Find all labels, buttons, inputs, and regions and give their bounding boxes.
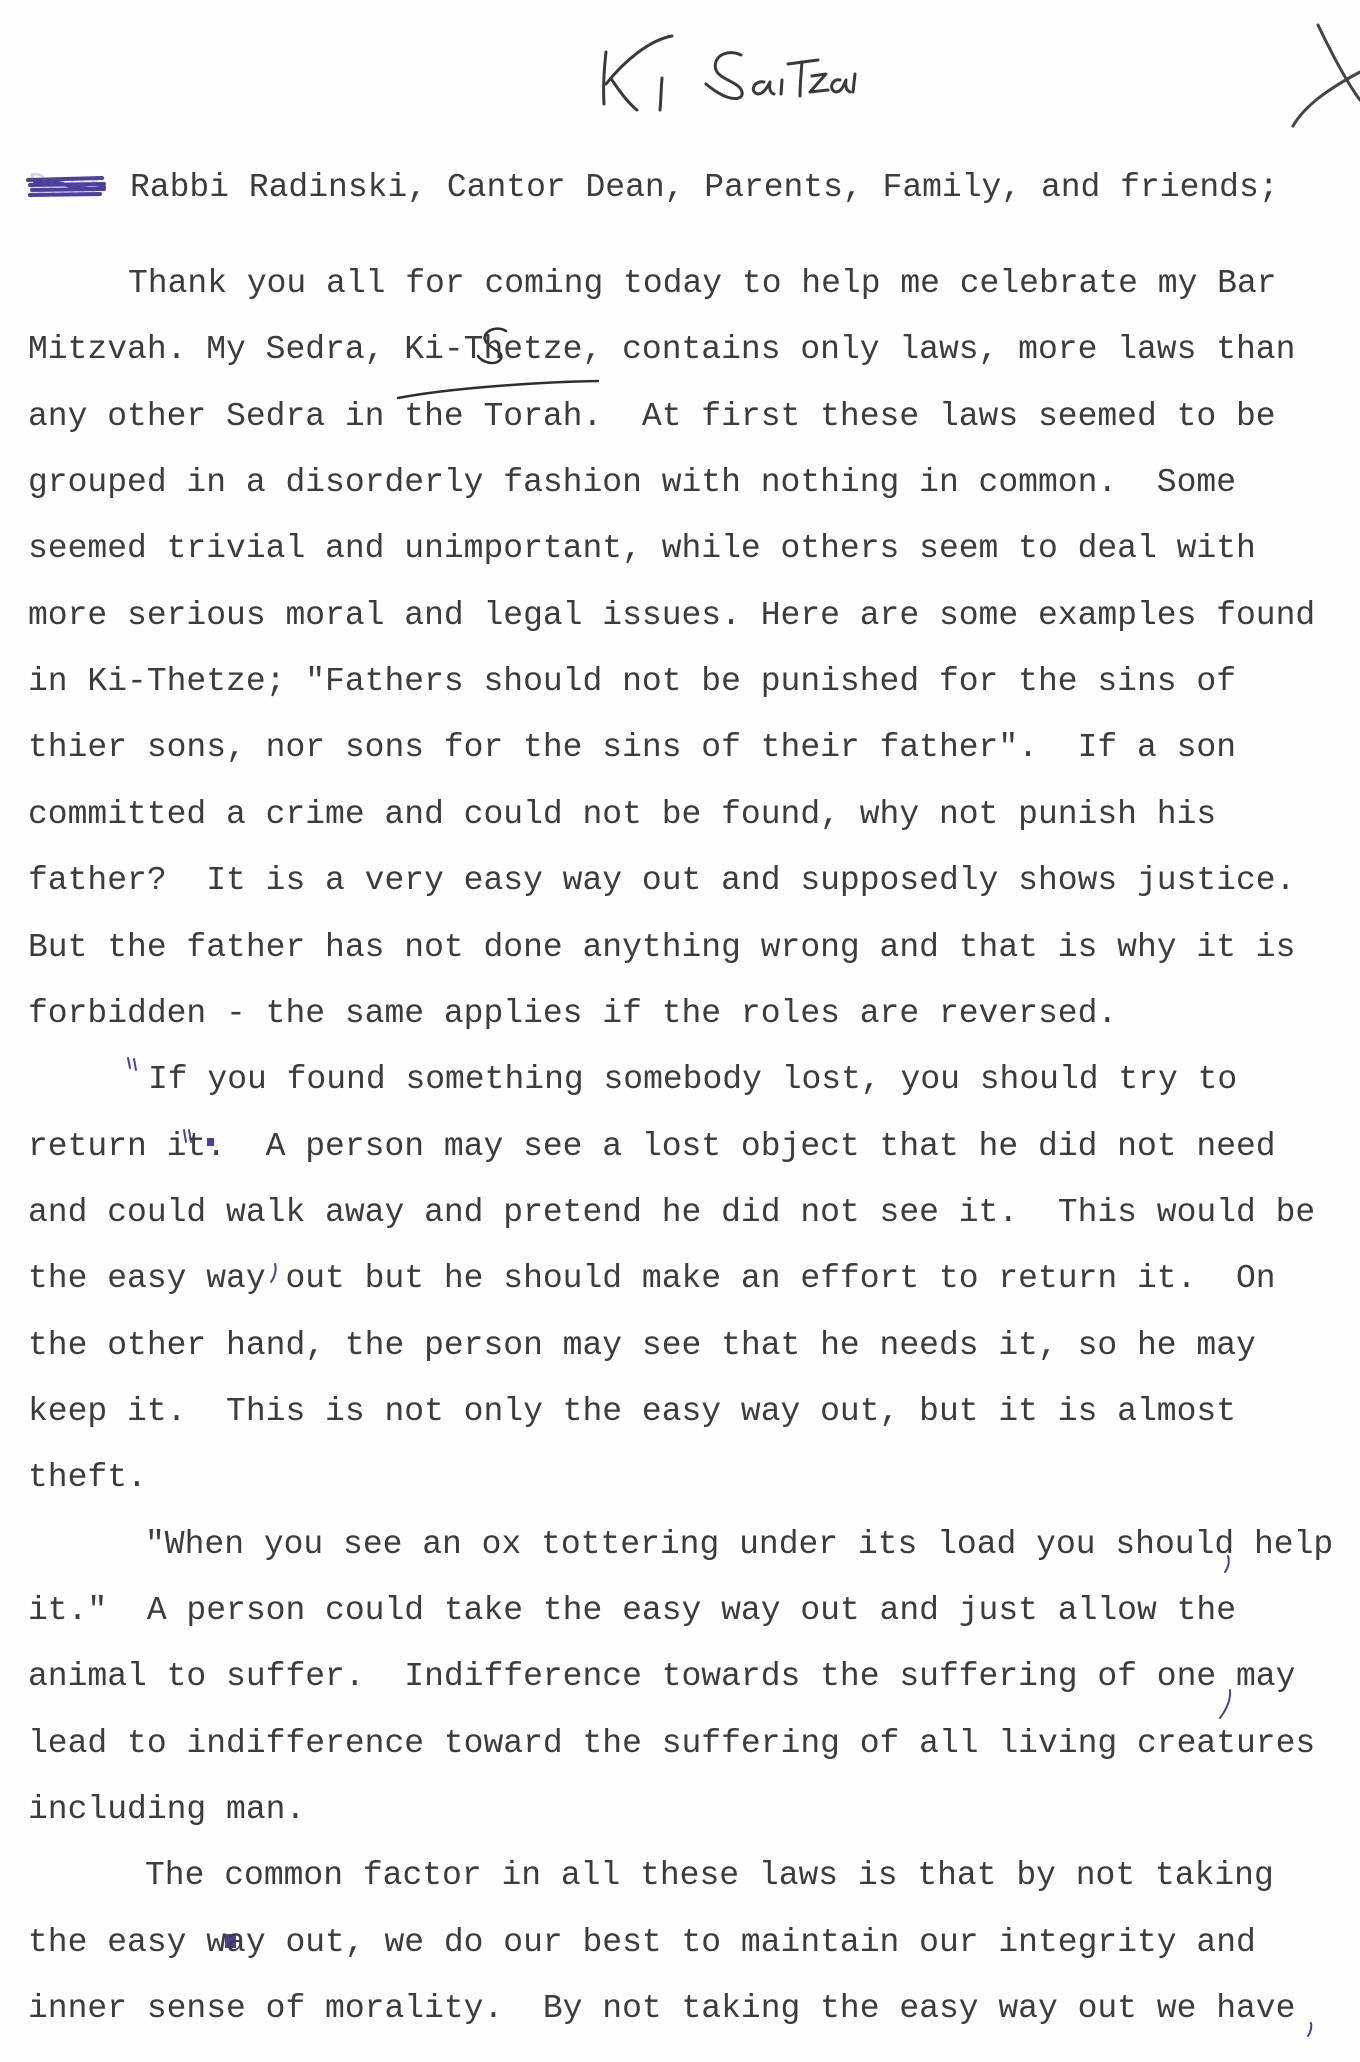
- text-line: Mitzvah. My Sedra, Ki-Thetze, contains o…: [28, 333, 1295, 366]
- text-line: animal to suffer. Indifference towards t…: [28, 1660, 1295, 1693]
- text-line: Thank you all for coming today to help m…: [128, 267, 1277, 300]
- text-line: seemed trivial and unimportant, while ot…: [28, 532, 1256, 565]
- text-line: "When you see an ox tottering under its …: [145, 1528, 1333, 1561]
- text-line: and could walk away and pretend he did n…: [28, 1196, 1315, 1229]
- handwritten-title: [604, 36, 855, 110]
- salutation: Rabbi Radinski, Cantor Dean, Parents, Fa…: [130, 171, 1279, 204]
- text-line: it." A person could take the easy way ou…: [28, 1594, 1236, 1627]
- text-line: the easy way out but he should make an e…: [28, 1262, 1276, 1295]
- text-line: grouped in a disorderly fashion with not…: [28, 466, 1236, 499]
- text-line: keep it. This is not only the easy way o…: [28, 1395, 1236, 1428]
- text-line: in Ki-Thetze; "Fathers should not be pun…: [28, 665, 1236, 698]
- text-line: the easy way out, we do our best to main…: [28, 1926, 1256, 1959]
- text-line: lead to indifference toward the sufferin…: [28, 1727, 1315, 1760]
- text-line: father? It is a very easy way out and su…: [28, 864, 1295, 897]
- text-line: But the father has not done anything wro…: [28, 931, 1295, 964]
- text-line: return it. A person may see a lost objec…: [28, 1130, 1276, 1163]
- text-line: The common factor in all these laws is t…: [145, 1859, 1274, 1892]
- text-line: the other hand, the person may see that …: [28, 1329, 1256, 1362]
- text-line: forbidden - the same applies if the role…: [28, 997, 1117, 1030]
- salutation-struck-word: Dear: [28, 170, 107, 203]
- handwritten-x-mark: [1293, 25, 1360, 126]
- text-line: If you found something somebody lost, yo…: [148, 1063, 1237, 1096]
- text-line: more serious moral and legal issues. Her…: [28, 599, 1315, 632]
- text-line: thier sons, nor sons for the sins of the…: [28, 731, 1236, 764]
- text-line: inner sense of morality. By not taking t…: [28, 1992, 1295, 2025]
- text-line: committed a crime and could not be found…: [28, 798, 1216, 831]
- text-line: theft.: [28, 1461, 147, 1494]
- text-line: any other Sedra in the Torah. At first t…: [28, 400, 1276, 433]
- document-page: Dear Rabbi Radinski, Cantor Dean, Parent…: [0, 0, 1360, 2062]
- text-line: including man.: [28, 1793, 305, 1826]
